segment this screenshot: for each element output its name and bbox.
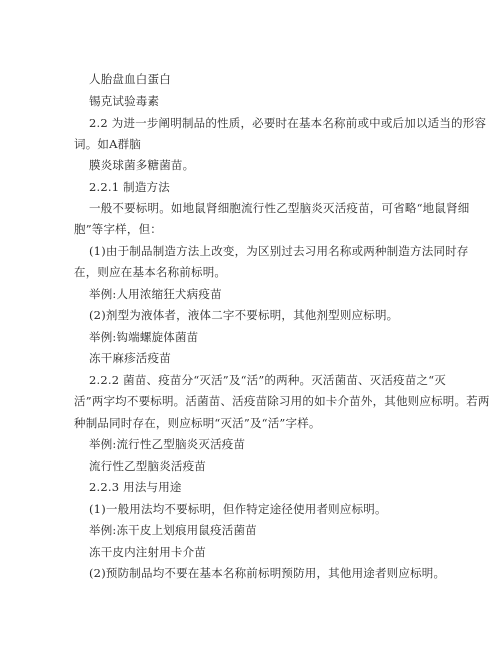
text-line: (2)预防制品均不要在基本名称前标明预防用，其他用途者则应标明。 <box>89 566 445 580</box>
text-line: 冻干皮内注射用卡介苗 <box>89 545 206 559</box>
text-line: (1)由于制品制造方法上改变，为区别过去习用名称或两种制造方法同时存 <box>89 244 469 258</box>
text-line: 一般不要标明。如地鼠肾细胞流行性乙型脑炎灭活疫苗，可省略“地鼠肾细 <box>89 201 469 215</box>
section-heading: 2.2.1 制造方法 <box>89 180 170 194</box>
text-line: 胞”等字样，但： <box>74 222 162 236</box>
text-line: 人胎盘血白蛋白 <box>89 72 171 86</box>
text-line: 活”两字均不要标明。活菌苗、活疫苗除习用的如卡介苗外，其他则应标明。若两 <box>74 394 490 408</box>
text-line: 在，则应在基本名称前标明。 <box>74 265 226 279</box>
text-line: 流行性乙型脑炎活疫苗 <box>89 459 206 473</box>
text-line: (1)一般用法均不要标明，但作特定途径使用者则应标明。 <box>89 502 387 516</box>
text-line: 膜炎球菌多糖菌苗。 <box>89 158 194 172</box>
document-page: 人胎盘血白蛋白 锡克试验毒素 2.2 为进一步阐明制品的性质，必要时在基本名称前… <box>0 0 500 647</box>
text-line: 锡克试验毒素 <box>89 94 159 108</box>
text-line: 2.2 为进一步阐明制品的性质，必要时在基本名称前或中或后加以适当的形容 <box>89 116 486 130</box>
text-line: 举例:冻干皮上划痕用鼠疫活菌苗 <box>89 523 257 537</box>
text-line: 种制品同时存在，则应标明“灭活”及“活”字样。 <box>74 416 321 430</box>
section-heading: 2.2.3 用法与用途 <box>89 480 182 494</box>
text-line: 冻干麻疹活疫苗 <box>89 351 171 365</box>
section-heading: 2.2.2 菌苗、疫苗分“灭活”及“活”的两种。灭活菌苗、灭活疫苗之“灭 <box>89 373 446 387</box>
text-line: (2)剂型为液体者，液体二字不要标明，其他剂型则应标明。 <box>89 308 398 322</box>
text-line: 词。如A群脑 <box>74 137 141 151</box>
text-line: 举例:流行性乙型脑炎灭活疫苗 <box>89 437 245 451</box>
text-line: 举例:钩端螺旋体菌苗 <box>89 330 198 344</box>
text-line: 举例:人用浓缩狂犬病疫苗 <box>89 287 222 301</box>
